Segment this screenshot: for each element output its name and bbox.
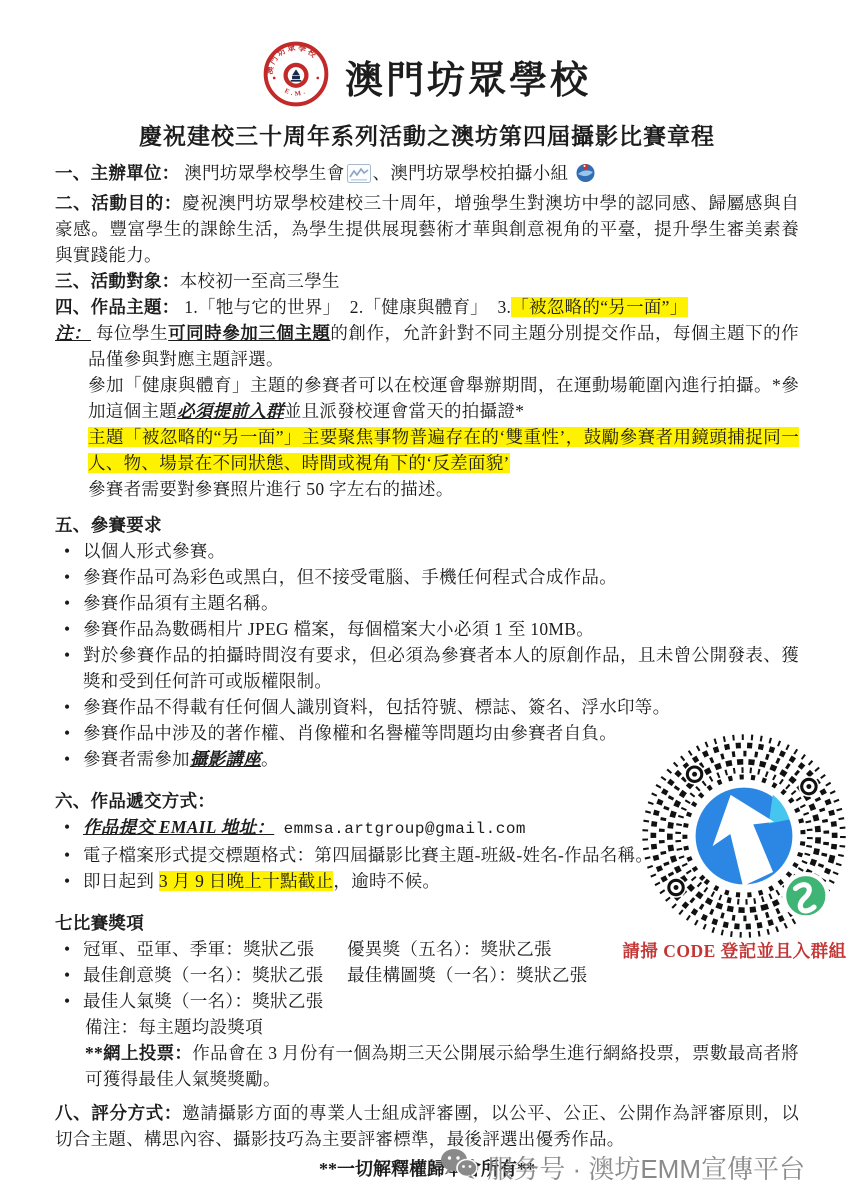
wechat-footer: 服务号 · 澳坊EMM宣傳平台 [440, 1148, 805, 1187]
deadline-post: ，逾時不候。 [333, 871, 440, 891]
prize-item: 冠軍、亞軍、季軍：獎狀乙張 [55, 936, 347, 962]
requirement-item: 參賽作品為數碼相片 JPEG 檔案，每個檔案大小必須 1 至 10MB。 [55, 616, 799, 642]
note-block: 注： 每位學生可同時參加三個主題的創作，允許針對不同主題分別提交作品，每個主題下… [55, 320, 799, 502]
section-audience: 三、活動對象：本校初一至高三學生 [55, 268, 799, 294]
section-purpose: 二、活動目的：慶祝澳門坊眾學校建校三十周年，增強學生對澳坊中學的認同感、歸屬感與… [55, 190, 799, 268]
theme-2: 2.「健康與體育」 [350, 297, 488, 317]
organizer-label: 一、主辦單位： [55, 163, 180, 183]
requirement-last-emphasis: 攝影講座 [190, 749, 261, 769]
qr-position-marker [666, 877, 687, 898]
prize-row: 最佳人氣獎（一名）：獎狀乙張 [55, 988, 799, 1014]
student-union-icon [347, 164, 371, 190]
qr-position-marker [799, 776, 820, 797]
section-themes: 四、作品主題： 1.「牠与它的世界」 2.「健康與體育」 3.「被忽略的“另一面… [55, 294, 799, 320]
note-p2-post: 並且派發校運會當天的拍攝證* [284, 401, 524, 421]
section-judging: 八、評分方式：邀請攝影方面的專業人士組成評審團，以公平、公正、公開作為評審原則，… [55, 1100, 799, 1152]
prize-item: 最佳構圖獎（一名）：獎狀乙張 [347, 962, 587, 988]
prize-item: 最佳人氣獎（一名）：獎狀乙張 [55, 988, 347, 1014]
qr-position-marker [684, 764, 705, 785]
photo-group-icon [575, 162, 596, 190]
requirement-item: 參賽作品可為彩色或黑白，但不接受電腦、手機任何程式合成作品。 [55, 564, 799, 590]
theme-3-prefix: 3. [497, 297, 511, 317]
online-voting: **網上投票：作品會在 3 月份有一個為期三天公開展示給學生進行網絡投票，票數最… [55, 1040, 799, 1092]
requirement-item: 參賽作品須有主題名稱。 [55, 590, 799, 616]
note-p3-highlighted: 主題「被忽略的“另一面”」主要聚焦事物普遍存在的‘雙重性’，鼓勵參賽者用鏡頭捕捉… [88, 427, 799, 473]
requirement-item: 參賽作品不得載有任何個人識別資料，包括符號、標誌、簽名、浮水印等。 [55, 694, 799, 720]
wechat-badge-icon [784, 874, 827, 917]
note-paragraph-1: 注： 每位學生可同時參加三個主題的創作，允許針對不同主題分別提交作品，每個主題下… [88, 320, 799, 372]
note-p2-strong: 必須提前入群 [177, 401, 284, 421]
judging-label: 八、評分方式： [55, 1103, 182, 1123]
note-paragraph-4: 參賽者需要對參賽照片進行 50 字左右的描述。 [88, 476, 799, 502]
document-page: 澳門坊眾學校 E.M.M. 澳門坊眾學校 慶祝建校三十周年系列活動之澳坊第四屆攝… [0, 0, 849, 1200]
prizes-remark: 備注：每主題均設獎項 [55, 1014, 799, 1040]
requirement-item: 以個人形式參賽。 [55, 538, 799, 564]
note-paragraph-2: 參加「健康與體育」主題的參賽者可以在校運會舉辦期間，在運動場範圍內進行拍攝。*參… [88, 372, 799, 424]
prize-item: 優異獎（五名）：獎狀乙張 [347, 936, 552, 962]
voting-label: **網上投票： [85, 1043, 192, 1063]
deadline-highlighted: 3 月 9 日晚上十點截止 [159, 871, 334, 891]
requirement-last-pre: 參賽者需參加 [83, 749, 190, 769]
themes-label: 四、作品主題： [55, 297, 180, 317]
requirements-label: 五、參賽要求 [55, 512, 799, 538]
requirement-last-post: 。 [261, 749, 279, 769]
wechat-icon [440, 1148, 478, 1187]
qr-code [641, 733, 847, 944]
prize-item: 最佳創意獎（一名）：獎狀乙張 [55, 962, 347, 988]
theme-3-highlighted: 「被忽略的“另一面”」 [511, 297, 687, 317]
email-label: 作品提交 EMAIL 地址： [83, 817, 274, 837]
footer-label: 服务号 · 澳坊EMM宣傳平台 [487, 1149, 805, 1186]
note-p1-pre: 每位學生 [96, 323, 168, 343]
note-paragraph-3: 主題「被忽略的“另一面”」主要聚焦事物普遍存在的‘雙重性’，鼓勵參賽者用鏡頭捕捉… [88, 424, 799, 476]
note-p1-strong: 可同時參加三個主題 [168, 323, 330, 343]
section-organizer: 一、主辦單位： 澳門坊眾學校學生會、澳門坊眾學校拍攝小組 [55, 160, 799, 190]
voting-text: 作品會在 3 月份有一個為期三天公開展示給學生進行網絡投票，票數最高者將可獲得最… [85, 1043, 799, 1089]
organizer-2: 澳門坊眾學校拍攝小組 [390, 163, 568, 183]
audience-text: 本校初一至高三學生 [180, 271, 340, 291]
organizer-1: 澳門坊眾學校學生會 [184, 163, 344, 183]
document-header: 澳門坊眾學校 E.M.M. 澳門坊眾學校 慶祝建校三十周年系列活動之澳坊第四屆攝… [55, 40, 799, 152]
prize-row: 最佳創意獎（一名）：獎狀乙張 最佳構圖獎（一名）：獎狀乙張 [55, 962, 799, 988]
school-name: 澳門坊眾學校 [345, 49, 591, 104]
note-label: 注： [55, 323, 91, 343]
email-address: emmsa.artgroup@gmail.com [284, 820, 526, 838]
deadline-pre: 即日起到 [83, 871, 159, 891]
purpose-label: 二、活動目的： [55, 193, 182, 213]
organizer-separator: 、 [373, 163, 391, 183]
requirement-item: 對於參賽作品的拍攝時間沒有要求，但必須為參賽者本人的原創作品，且未曾公開發表、獲… [55, 642, 799, 694]
document-title: 慶祝建校三十周年系列活動之澳坊第四屆攝影比賽章程 [55, 122, 799, 152]
qr-caption: 請掃 CODE 登記並且入群組 [620, 938, 849, 963]
audience-label: 三、活動對象： [55, 271, 180, 291]
theme-1: 1.「牠与它的世界」 [184, 297, 340, 317]
school-seal-logo: 澳門坊眾學校 E.M.M. [263, 41, 329, 112]
